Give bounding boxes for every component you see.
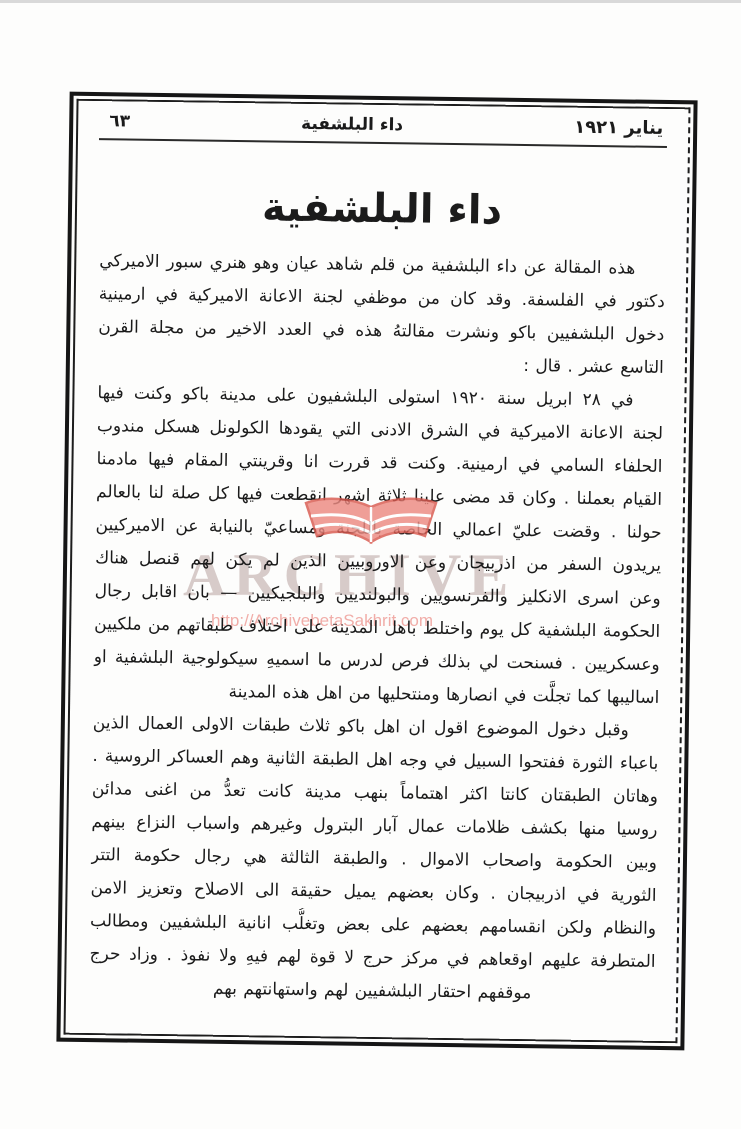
running-title: داء البلشفية [301, 114, 403, 135]
article-title: داء البلشفية [80, 180, 685, 238]
page-content: يناير ١٩٢١ داء البلشفية ٦٣ داء البلشفية … [69, 102, 686, 1038]
scan-top-edge [0, 0, 741, 3]
article-body: هذه المقالة عن داء البلشفية من قلم شاهد … [69, 245, 684, 1012]
page-number: ٦٣ [109, 111, 130, 131]
journal-date: يناير ١٩٢١ [574, 117, 663, 139]
page-header: يناير ١٩٢١ داء البلشفية ٦٣ [81, 102, 685, 139]
header-rule [99, 138, 667, 148]
page-frame: يناير ١٩٢١ داء البلشفية ٦٣ داء البلشفية … [56, 92, 697, 1051]
